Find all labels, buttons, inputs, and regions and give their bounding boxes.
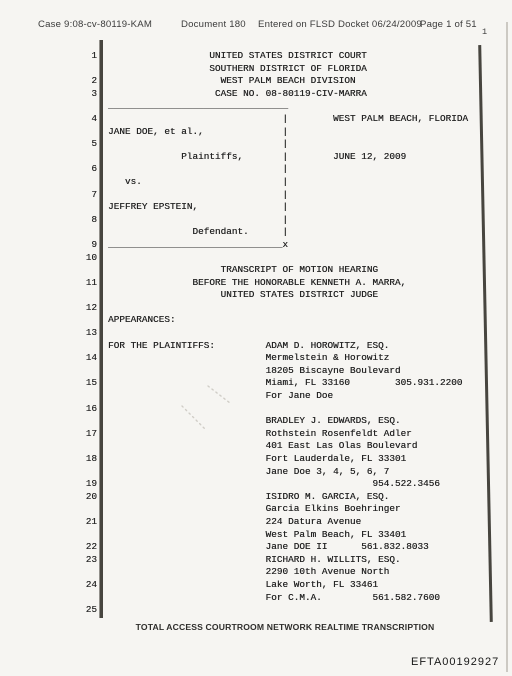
scan-smudge-mark: [160, 378, 270, 433]
page-count: Page 1 of 51: [420, 19, 477, 30]
scanned-page: Case 9:08-cv-80119-KAM Document 180 Ente…: [0, 0, 512, 676]
docket-entry-date: Entered on FLSD Docket 06/24/2009: [258, 19, 422, 30]
left-margin-rule: [99, 40, 103, 618]
transcript-text: UNITED STATES DISTRICT COURT SOUTHERN DI…: [108, 50, 468, 604]
page-edge-line: [506, 22, 508, 672]
footer-text: TOTAL ACCESS COURTROOM NETWORK REALTIME …: [75, 622, 495, 632]
right-margin-rule: [478, 45, 492, 622]
bates-stamp: EFTA00192927: [411, 656, 499, 668]
document-number: Document 180: [181, 19, 246, 30]
line-numbers: 1 2 3 4 5 6 7 8 9 10 11 12 13 14 15 16 1…: [72, 50, 97, 617]
case-number: Case 9:08-cv-80119-KAM: [38, 19, 152, 30]
page-number-stamp: 1: [482, 27, 487, 37]
